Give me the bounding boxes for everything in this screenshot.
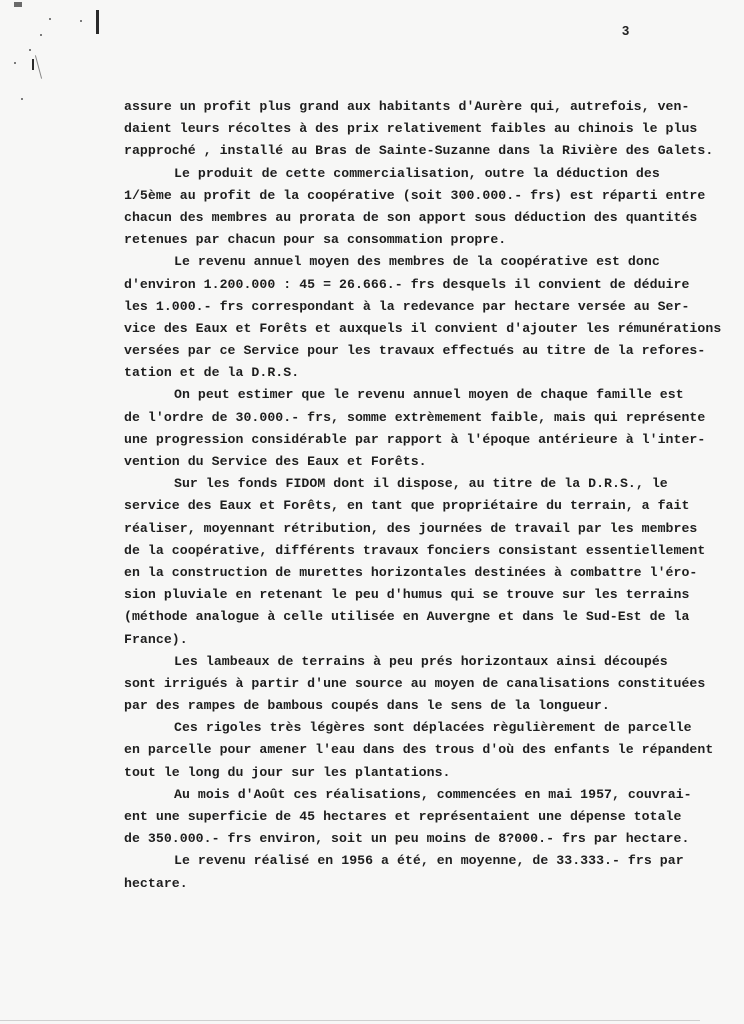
text-line: rapproché , installé au Bras de Sainte-S… (124, 140, 724, 162)
text-line: Le revenu réalisé en 1956 a été, en moye… (124, 850, 724, 872)
text-line: Les lambeaux de terrains à peu prés hori… (124, 651, 724, 673)
text-line: Le revenu annuel moyen des membres de la… (124, 251, 724, 273)
text-line: réaliser, moyennant rétribution, des jou… (124, 518, 724, 540)
paragraph: assure un profit plus grand aux habitant… (124, 96, 724, 163)
scan-artifact-mark (14, 2, 22, 7)
text-line: France). (124, 629, 724, 651)
text-line: daient leurs récoltes à des prix relativ… (124, 118, 724, 140)
text-line: sont irrigués à partir d'une source au m… (124, 673, 724, 695)
text-line: (méthode analogue à celle utilisée en Au… (124, 606, 724, 628)
text-line: de 350.000.- frs environ, soit un peu mo… (124, 828, 724, 850)
scan-edge (0, 1020, 700, 1021)
text-line: chacun des membres au prorata de son app… (124, 207, 724, 229)
scan-artifact-mark (35, 55, 42, 78)
document-page: 3 assure un profit plus grand aux habita… (0, 0, 744, 1024)
text-line: service des Eaux et Forêts, en tant que … (124, 495, 724, 517)
text-line: d'environ 1.200.000 : 45 = 26.666.- frs … (124, 274, 724, 296)
scan-speck (80, 20, 82, 22)
text-line: par des rampes de bambous coupés dans le… (124, 695, 724, 717)
document-body: assure un profit plus grand aux habitant… (124, 96, 724, 895)
paragraph: On peut estimer que le revenu annuel moy… (124, 384, 724, 473)
paragraph: Ces rigoles très légères sont déplacées … (124, 717, 724, 784)
scan-speck (40, 34, 42, 36)
text-line: une progression considérable par rapport… (124, 429, 724, 451)
paragraph: Les lambeaux de terrains à peu prés hori… (124, 651, 724, 718)
scan-speck (49, 18, 51, 20)
text-line: les 1.000.- frs correspondant à la redev… (124, 296, 724, 318)
text-line: de l'ordre de 30.000.- frs, somme extrèm… (124, 407, 724, 429)
text-line: 1/5ème au profit de la coopérative (soit… (124, 185, 724, 207)
scan-speck (29, 49, 31, 51)
text-line: retenues par chacun pour sa consommation… (124, 229, 724, 251)
text-line: en la construction de murettes horizonta… (124, 562, 724, 584)
text-line: Sur les fonds FIDOM dont il dispose, au … (124, 473, 724, 495)
text-line: On peut estimer que le revenu annuel moy… (124, 384, 724, 406)
text-line: tout le long du jour sur les plantations… (124, 762, 724, 784)
scan-speck (14, 62, 16, 64)
text-line: de la coopérative, différents travaux fo… (124, 540, 724, 562)
paragraph: Au mois d'Août ces réalisations, commenc… (124, 784, 724, 851)
text-line: en parcelle pour amener l'eau dans des t… (124, 739, 724, 761)
text-line: Au mois d'Août ces réalisations, commenc… (124, 784, 724, 806)
paragraph: Le revenu réalisé en 1956 a été, en moye… (124, 850, 724, 894)
scan-speck (21, 98, 23, 100)
text-line: tation et de la D.R.S. (124, 362, 724, 384)
paragraph: Sur les fonds FIDOM dont il dispose, au … (124, 473, 724, 651)
text-line: Le produit de cette commercialisation, o… (124, 163, 724, 185)
text-line: assure un profit plus grand aux habitant… (124, 96, 724, 118)
text-line: ent une superficie de 45 hectares et rep… (124, 806, 724, 828)
paragraph: Le revenu annuel moyen des membres de la… (124, 251, 724, 384)
page-number: 3 (622, 23, 629, 38)
text-line: versées par ce Service pour les travaux … (124, 340, 724, 362)
text-line: Ces rigoles très légères sont déplacées … (124, 717, 724, 739)
text-line: sion pluviale en retenant le peu d'humus… (124, 584, 724, 606)
text-line: vice des Eaux et Forêts et auxquels il c… (124, 318, 724, 340)
scan-artifact-mark (32, 59, 34, 70)
text-line: hectare. (124, 873, 724, 895)
scan-artifact-mark (96, 10, 99, 34)
text-line: vention du Service des Eaux et Forêts. (124, 451, 724, 473)
paragraph: Le produit de cette commercialisation, o… (124, 163, 724, 252)
